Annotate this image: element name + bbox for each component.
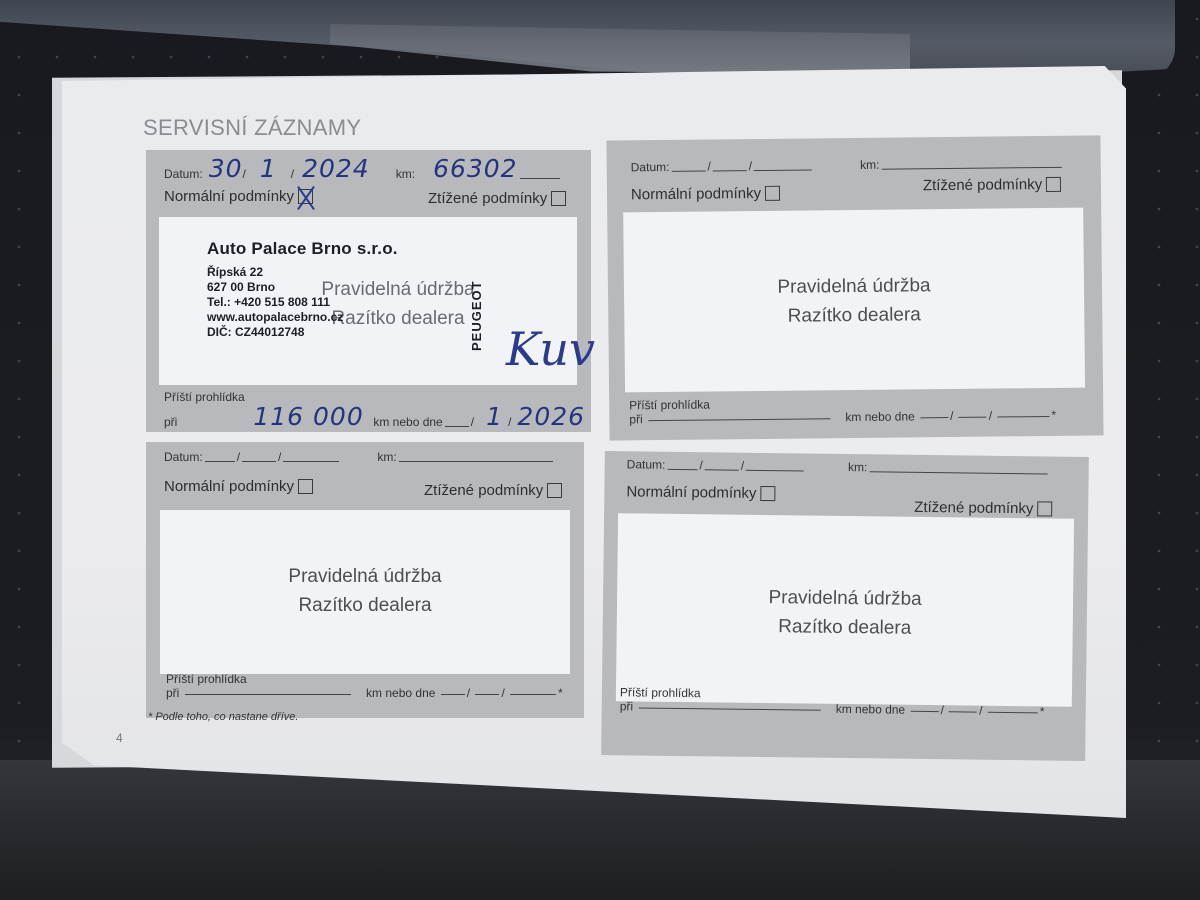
next-km-field[interactable] bbox=[648, 418, 830, 421]
harsh-conditions-checkbox[interactable] bbox=[1037, 501, 1052, 516]
harsh-conditions-checkbox[interactable] bbox=[1046, 177, 1061, 192]
normal-conditions-checkbox[interactable] bbox=[765, 186, 780, 201]
date-row: Datum: / / km: bbox=[627, 457, 1050, 476]
normal-conditions: Normální podmínky bbox=[626, 483, 775, 502]
normal-conditions: Normální podmínky bbox=[631, 185, 780, 204]
harsh-conditions: Ztížené podmínky bbox=[914, 499, 1052, 518]
harsh-conditions: Ztížené podmínky bbox=[923, 176, 1061, 194]
next-inspection: Příští prohlídka při 116 000 km nebo dne… bbox=[164, 390, 585, 429]
harsh-conditions-checkbox[interactable] bbox=[547, 483, 562, 498]
next-km-field[interactable] bbox=[638, 707, 820, 710]
next-month-value[interactable]: 1 bbox=[486, 404, 508, 429]
dealer-city: 627 00 Brno bbox=[207, 280, 398, 295]
normal-conditions-checkbox[interactable] bbox=[760, 486, 775, 501]
page-number: 4 bbox=[116, 731, 123, 745]
dealer-phone: Tel.: +420 515 808 111 bbox=[207, 295, 398, 310]
next-km-value[interactable]: 116 000 bbox=[253, 404, 363, 429]
footnote: * Podle toho, co nastane dříve. bbox=[148, 711, 298, 723]
dealer-web: www.autopalacebrno.cz bbox=[207, 310, 398, 325]
harsh-conditions-checkbox[interactable] bbox=[551, 191, 566, 206]
stamp-placeholder: Pravidelná údržba Razítko dealera bbox=[624, 270, 1085, 333]
stamp-placeholder: Pravidelná údržba Razítko dealera bbox=[160, 562, 570, 620]
dealer-stamp-area: Pravidelná údržba Razítko dealera bbox=[623, 208, 1085, 393]
dealer-name: Auto Palace Brno s.r.o. bbox=[207, 239, 398, 259]
service-record-2: Datum: / / km: Normální podmínky Ztížené… bbox=[606, 135, 1103, 440]
date-month-value[interactable]: 1 bbox=[260, 156, 277, 181]
page-title: SERVISNÍ ZÁZNAMY bbox=[143, 115, 361, 141]
service-record-3: Datum: / / km: Normální podmínky Ztížené… bbox=[146, 442, 584, 718]
normal-conditions-checkbox[interactable] bbox=[298, 189, 313, 204]
next-inspection: Příští prohlídka při km nebo dne / / * bbox=[166, 672, 563, 700]
date-row: Datum: 30 / 1 / 2024 km: 66302 bbox=[164, 156, 562, 181]
dealer-stamp-area: Pravidelná údržba Razítko dealera bbox=[160, 510, 570, 674]
km-field[interactable] bbox=[881, 167, 1061, 170]
harsh-conditions: Ztížené podmínky bbox=[428, 190, 566, 207]
next-km-field[interactable] bbox=[185, 694, 351, 695]
peugeot-brand: PEUGEOT bbox=[469, 280, 484, 351]
normal-conditions: Normální podmínky bbox=[164, 478, 313, 495]
date-row: Datum: / / km: bbox=[631, 156, 1064, 175]
service-record-1: Datum: 30 / 1 / 2024 km: 66302 Normální … bbox=[146, 150, 591, 432]
km-value[interactable]: 66302 bbox=[433, 156, 518, 181]
harsh-conditions: Ztížené podmínky bbox=[424, 482, 562, 499]
km-field[interactable] bbox=[399, 461, 553, 462]
normal-conditions-checkbox[interactable] bbox=[298, 479, 313, 494]
km-field[interactable] bbox=[869, 471, 1047, 474]
next-inspection: Příští prohlídka při km nebo dne / / * bbox=[629, 394, 1056, 426]
next-inspection: Příští prohlídka při km nebo dne / / * bbox=[620, 685, 1045, 718]
date-day-value[interactable]: 30 bbox=[209, 156, 243, 181]
date-year-value[interactable]: 2024 bbox=[302, 156, 370, 181]
dealer-stamp: Auto Palace Brno s.r.o. Řípská 22 627 00… bbox=[207, 239, 398, 340]
next-year-value[interactable]: 2026 bbox=[517, 404, 585, 429]
dealer-stamp-area: Pravidelná údržba Razítko dealera bbox=[616, 513, 1074, 707]
stamp-placeholder: Pravidelná údržba Razítko dealera bbox=[617, 581, 1074, 645]
date-row: Datum: / / km: bbox=[164, 450, 555, 464]
service-record-4: Datum: / / km: Normální podmínky Ztížené… bbox=[601, 451, 1089, 761]
dealer-street: Řípská 22 bbox=[207, 265, 398, 280]
normal-conditions: Normální podmínky bbox=[164, 188, 313, 205]
dealer-vat: DIČ: CZ44012748 bbox=[207, 325, 398, 340]
dealer-signature: Kuv bbox=[506, 322, 595, 376]
date-label: Datum: bbox=[164, 167, 203, 181]
km-label: km: bbox=[396, 167, 415, 181]
